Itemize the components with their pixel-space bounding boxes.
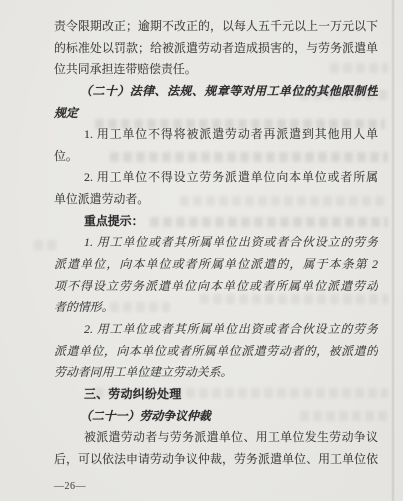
text-line: 三、劳动纠纷处理 bbox=[54, 384, 378, 406]
text-line: 责令限期改正；逾期不改正的，以每人五千元以上一万元以下 bbox=[54, 16, 378, 38]
text-line: 2. 用工单位不得设立劳务派遣单位向本单位或者所属 bbox=[54, 167, 378, 189]
page-number: —26— bbox=[54, 480, 86, 494]
text-line: 1. 用工单位或者其所属单位出资或者合伙设立的劳务 bbox=[54, 232, 378, 254]
text-line: 2. 用工单位或者其所属单位出资或者合伙设立的劳务 bbox=[54, 319, 378, 341]
text-line: 位。 bbox=[54, 146, 378, 168]
text-line: 项不得设立劳务派遣单位向本单位或者所属单位派遣劳动 bbox=[54, 276, 378, 298]
text-line: 的标准处以罚款；给被派遣劳动者造成损害的，与劳务派遣单 bbox=[54, 38, 378, 60]
text-line: 后，可以依法申请劳动争议仲裁，劳务派遣单位、用工单位依 bbox=[54, 449, 378, 471]
text-line: 规定 bbox=[54, 103, 378, 125]
text-line: （二十一）劳动争议仲裁 bbox=[54, 406, 378, 428]
text-line: 派遣单位，向本单位或者所属单位派遣劳动者的，被派遣的 bbox=[54, 341, 378, 363]
text-line: 单位派遣劳动者。 bbox=[54, 189, 378, 211]
text-line: 重点提示： bbox=[54, 211, 378, 233]
page-edge-line bbox=[392, 0, 394, 501]
page-text: 责令限期改正；逾期不改正的，以每人五千元以上一万元以下的标准处以罚款；给被派遣劳… bbox=[54, 16, 378, 470]
text-line: （二十）法律、法规、规章等对用工单位的其他限制性 bbox=[54, 81, 378, 103]
text-line: 者的情形。 bbox=[54, 297, 378, 319]
text-line: 派遣单位，向本单位或者所属单位派遣的，属于本条第 2 bbox=[54, 254, 378, 276]
text-line: 位共同承担连带赔偿责任。 bbox=[54, 59, 378, 81]
text-line: 1. 用工单位不得将被派遣劳动者再派遣到其他用人单 bbox=[54, 124, 378, 146]
text-line: 劳动者同用工单位建立劳动关系。 bbox=[54, 362, 378, 384]
text-line: 被派遣劳动者与劳务派遣单位、用工单位发生劳动争议 bbox=[54, 427, 378, 449]
scanned-book-page: 责令限期改正；逾期不改正的，以每人五千元以上一万元以下的标准处以罚款；给被派遣劳… bbox=[0, 0, 403, 501]
